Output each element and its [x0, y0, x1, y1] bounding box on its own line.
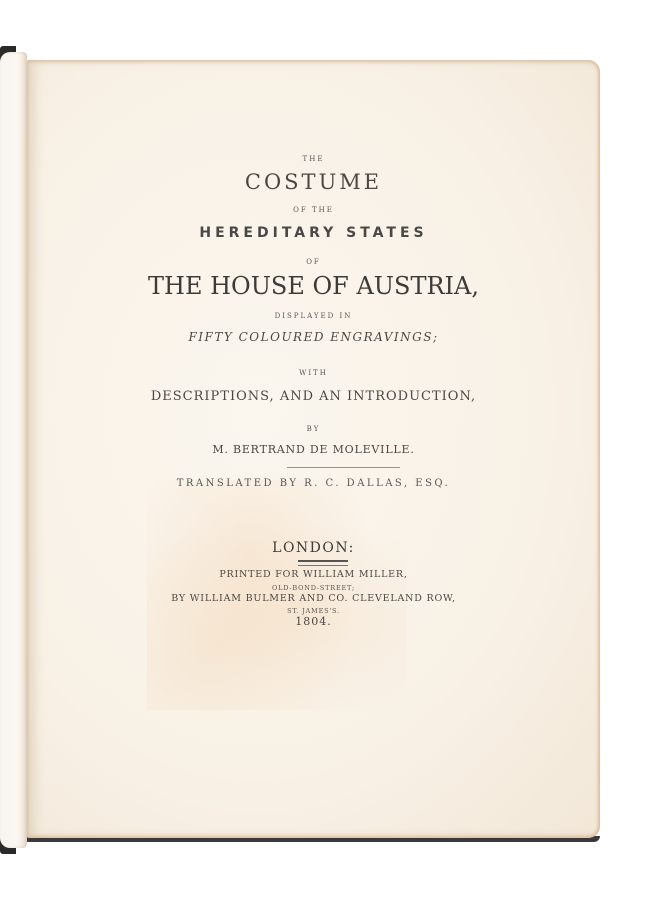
adjacent-page-gutter [0, 52, 27, 848]
imprint-street: OLD-BOND-STREET; [27, 584, 600, 592]
imprint-printed-for: PRINTED FOR WILLIAM MILLER, [27, 569, 600, 580]
title-of-the: OF THE [27, 206, 600, 214]
title-with: WITH [27, 369, 600, 377]
imprint-year: 1804. [27, 615, 600, 628]
title-descriptions: DESCRIPTIONS, AND AN INTRODUCTION, [27, 389, 600, 404]
title-fifty-engravings: FIFTY COLOURED ENGRAVINGS; [27, 330, 600, 344]
title-translated: TRANSLATED BY R. C. DALLAS, ESQ. [27, 478, 600, 489]
imprint-double-rule [298, 560, 348, 566]
title-costume: COSTUME [27, 170, 600, 194]
title-hereditary-states: HEREDITARY STATES [27, 225, 600, 241]
title-rule [287, 467, 400, 468]
imprint-printer: BY WILLIAM BULMER AND CO. CLEVELAND ROW, [27, 593, 600, 604]
title-of: OF [27, 258, 600, 266]
title-author: M. BERTRAND DE MOLEVILLE. [27, 443, 600, 456]
imprint-place: LONDON: [27, 540, 600, 556]
title-by: BY [27, 425, 600, 433]
imprint-st-james: ST. JAMES'S. [27, 607, 600, 615]
title-displayed-in: DISPLAYED IN [27, 312, 600, 320]
title-house-of-austria: THE HOUSE OF AUSTRIA, [27, 272, 600, 300]
title-the: THE [27, 155, 600, 163]
